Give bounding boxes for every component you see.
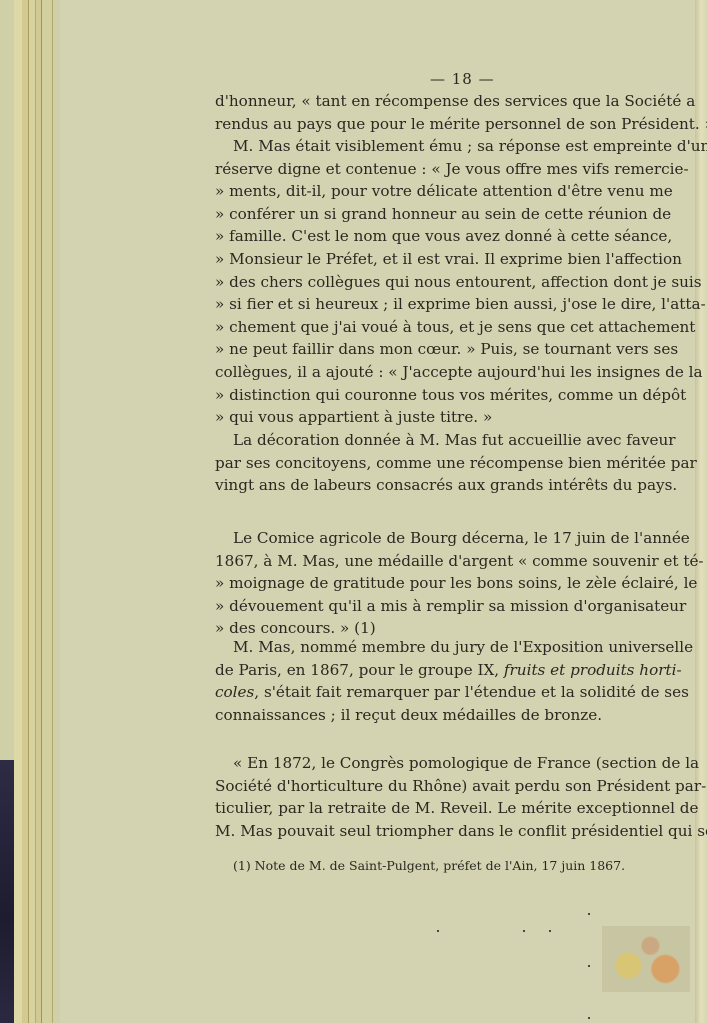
text-line: d'honneur, « tant en récompense des serv… <box>215 90 671 113</box>
text-line: collègues, il a ajouté : « J'accepte auj… <box>215 361 671 384</box>
text-line: » moignage de gratitude pour les bons so… <box>215 572 671 595</box>
text-line: réserve digne et contenue : « Je vous of… <box>215 158 671 181</box>
text-line: » dévouement qu'il a mis à remplir sa mi… <box>215 595 671 618</box>
text-line: » ne peut faillir dans mon cœur. » Puis,… <box>215 338 671 361</box>
fruit-thumbnail-overlay <box>602 926 690 992</box>
text-line: » conférer un si grand honneur au sein d… <box>215 203 671 226</box>
text-line: ticulier, par la retraite de M. Reveil. … <box>215 797 671 820</box>
paragraph-6: « En 1872, le Congrès pomologique de Fra… <box>215 752 671 842</box>
dust-speck <box>588 965 590 967</box>
page-edge <box>29 0 36 1023</box>
text-line: » famille. C'est le nom que vous avez do… <box>215 225 671 248</box>
dust-speck <box>437 930 439 932</box>
text-line: vingt ans de labeurs consacrés aux grand… <box>215 474 671 497</box>
italic-phrase: fruits et produits horti- <box>504 661 682 679</box>
page-number: — 18 — <box>430 70 495 88</box>
footnote: (1) Note de M. de Saint-Pulgent, préfet … <box>233 858 625 873</box>
dust-speck <box>523 930 525 932</box>
text-line: coles, s'était fait remarquer par l'éten… <box>215 681 671 704</box>
text-line: 1867, à M. Mas, une médaille d'argent « … <box>215 550 671 573</box>
text-segment: , s'était fait remarquer par l'étendue e… <box>254 683 689 701</box>
text-line: M. Mas, nommé membre du jury de l'Exposi… <box>215 636 671 659</box>
italic-phrase: coles <box>215 683 254 701</box>
text-line: » des chers collègues qui nous entourent… <box>215 271 671 294</box>
dust-speck <box>588 913 590 915</box>
text-line: M. Mas était visiblement ému ; sa répons… <box>215 135 671 158</box>
text-line: « En 1872, le Congrès pomologique de Fra… <box>215 752 671 775</box>
text-line: connaissances ; il reçut deux médailles … <box>215 704 671 727</box>
page-edge <box>22 0 29 1023</box>
text-line: » Monsieur le Préfet, et il est vrai. Il… <box>215 248 671 271</box>
text-line: » qui vous appartient à juste titre. » <box>215 406 671 429</box>
paragraph-4: Le Comice agricole de Bourg décerna, le … <box>215 527 671 640</box>
text-line: de Paris, en 1867, pour le groupe IX, fr… <box>215 659 671 682</box>
text-line: Société d'horticulture du Rhône) avait p… <box>215 775 671 798</box>
text-line: » distinction qui couronne tous vos méri… <box>215 384 671 407</box>
page-edge <box>42 0 53 1023</box>
text-line: La décoration donnée à M. Mas fut accuei… <box>215 429 671 452</box>
text-line: par ses concitoyens, comme une récompens… <box>215 452 671 475</box>
paragraph-2: M. Mas était visiblement ému ; sa répons… <box>215 135 671 429</box>
text-line: » si fier et si heureux ; il exprime bie… <box>215 293 671 316</box>
scanner-background <box>0 760 14 1023</box>
paragraph-1: d'honneur, « tant en récompense des serv… <box>215 90 671 135</box>
dust-speck <box>549 930 551 932</box>
text-line: M. Mas pouvait seul triompher dans le co… <box>215 820 671 843</box>
text-segment: de Paris, en 1867, pour le groupe IX, <box>215 661 504 679</box>
dust-speck <box>588 1017 590 1019</box>
text-line: rendus au pays que pour le mérite person… <box>215 113 671 136</box>
paragraph-5: M. Mas, nommé membre du jury de l'Exposi… <box>215 636 671 726</box>
text-line: » chement que j'ai voué à tous, et je se… <box>215 316 671 339</box>
paragraph-3: La décoration donnée à M. Mas fut accuei… <box>215 429 671 497</box>
text-line: Le Comice agricole de Bourg décerna, le … <box>215 527 671 550</box>
text-line: » ments, dit-il, pour votre délicate att… <box>215 180 671 203</box>
